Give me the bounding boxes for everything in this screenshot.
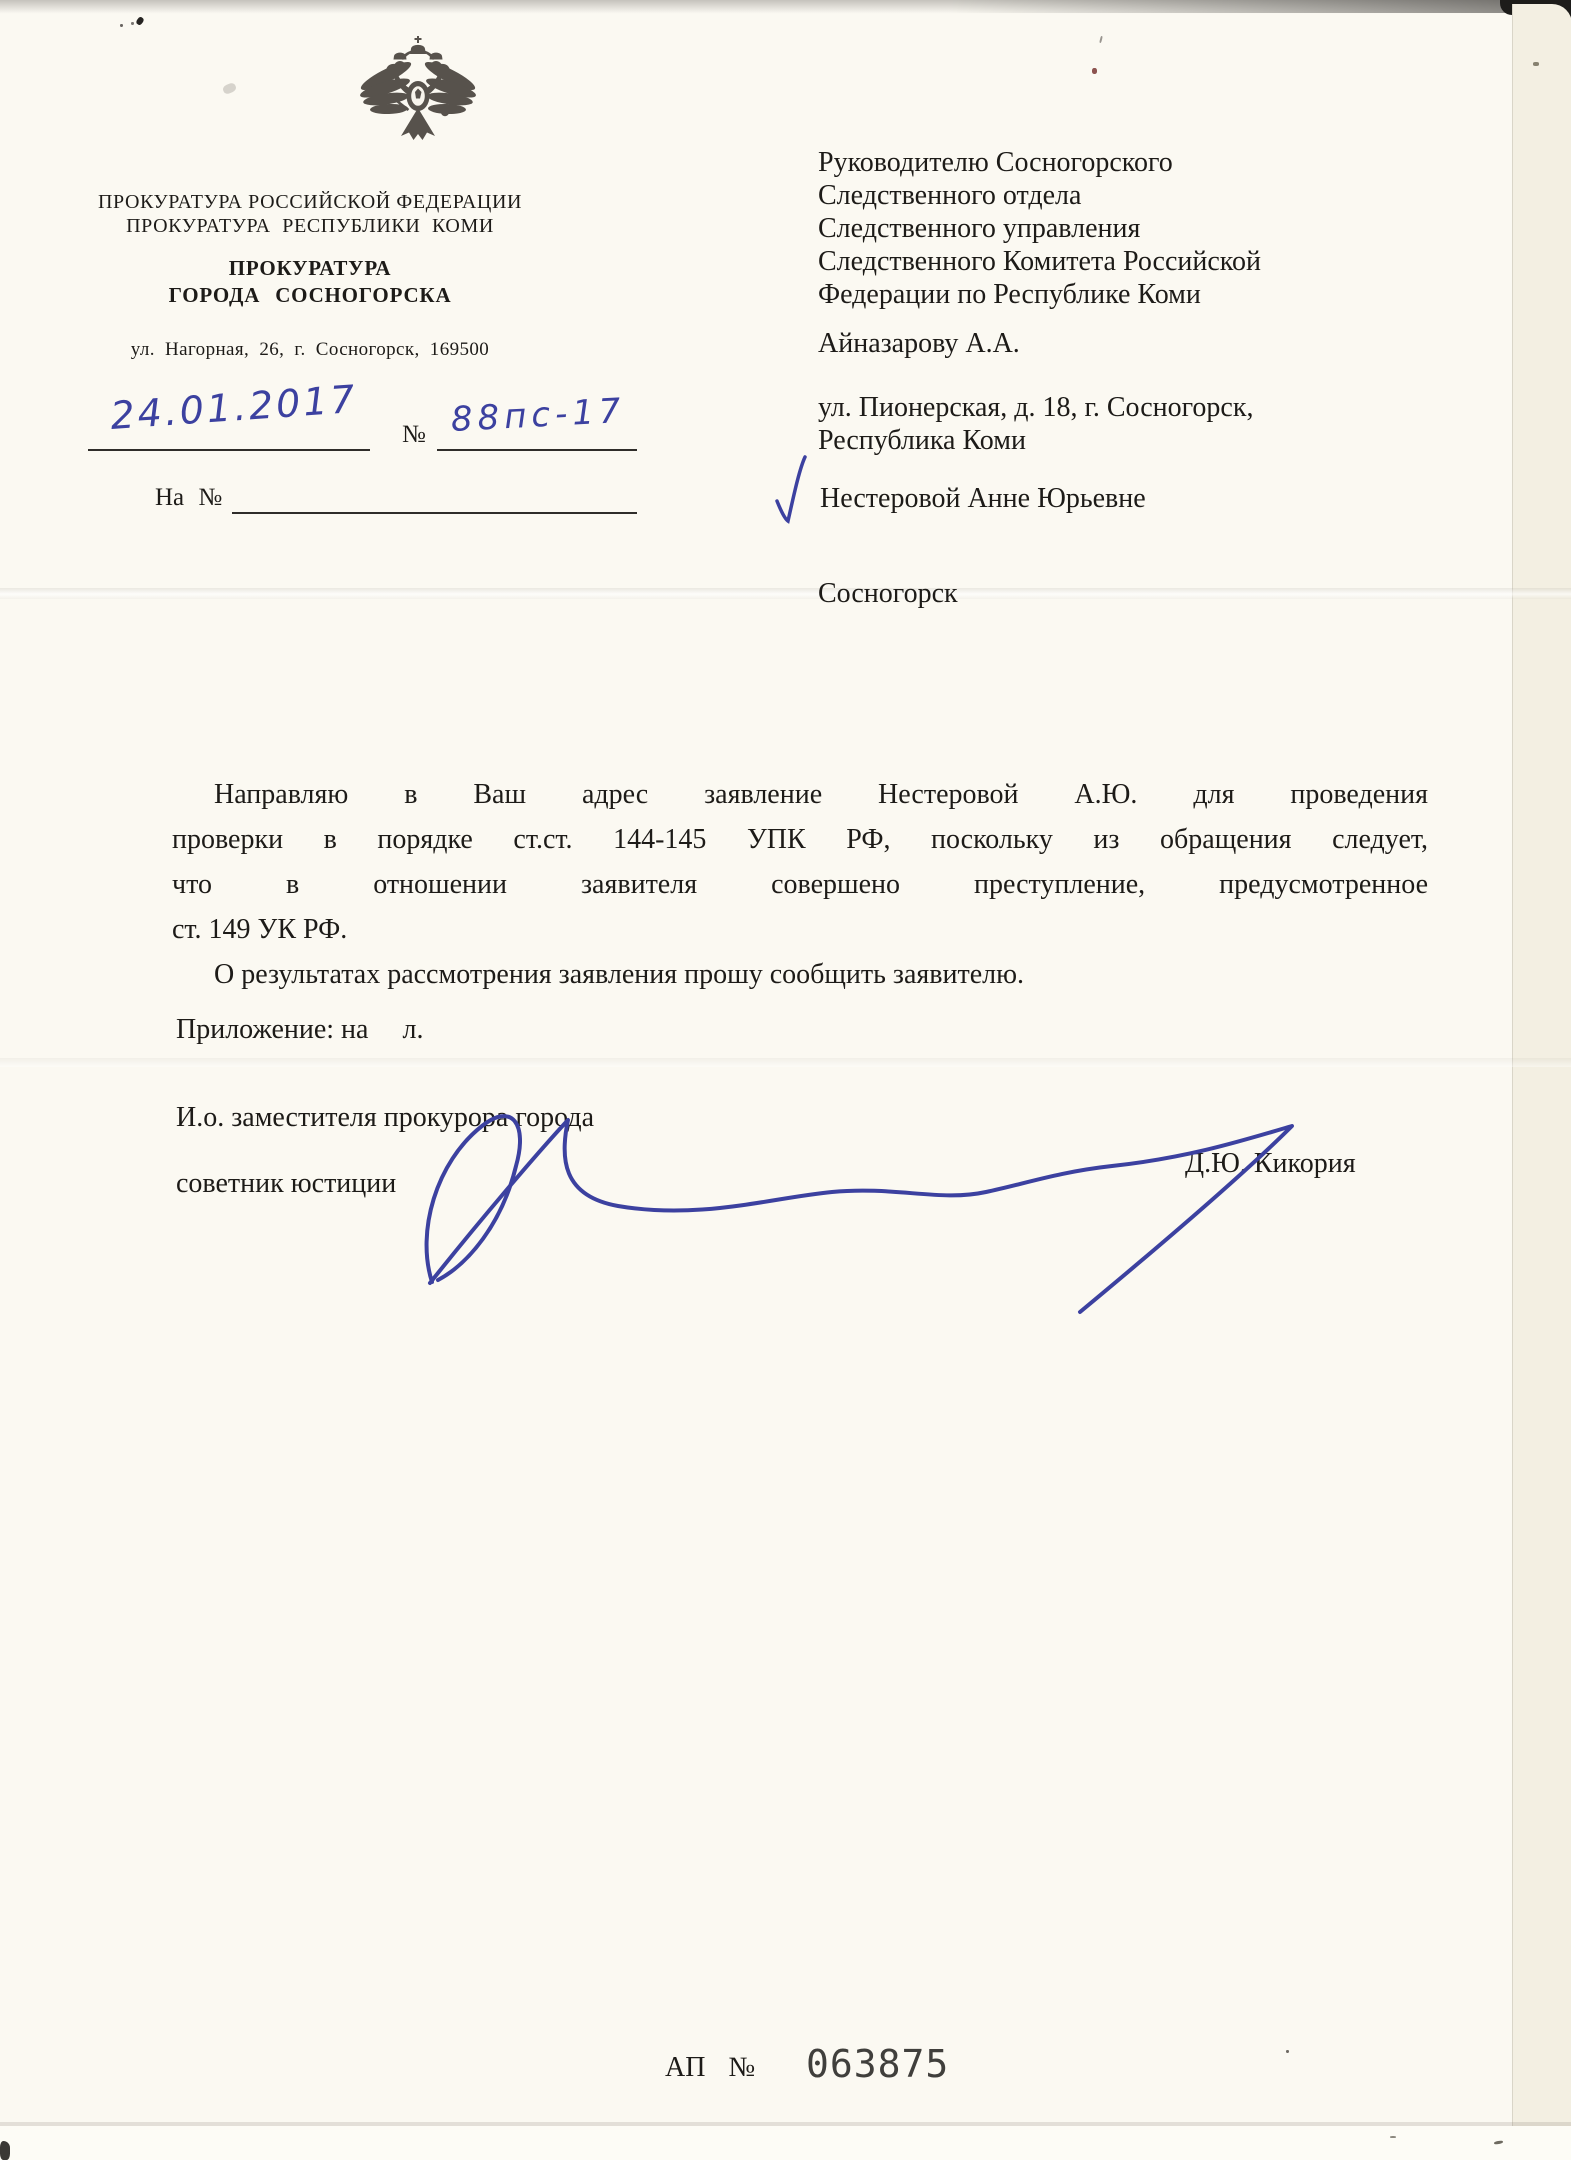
dust-speck — [1390, 2136, 1396, 2138]
attachment-suffix: л. — [402, 1014, 423, 1045]
red-speck — [1092, 68, 1097, 74]
number-sign-label: № — [402, 421, 426, 449]
number-underline — [437, 449, 637, 451]
reply-to-label: На № — [155, 484, 222, 512]
dust-speck — [1286, 2050, 1289, 2053]
scan-top-edge-shadow-right — [950, 0, 1571, 13]
ink-speck — [131, 22, 134, 25]
body-line: проверки в порядке ст.ст. 144-145 УПК РФ… — [172, 817, 1428, 862]
office-name-line2: ГОРОДА СОСНОГОРСКА — [60, 282, 560, 309]
paper-crease-upper — [0, 588, 1571, 599]
body-paragraph-2: О результатах рассмотрения заявления про… — [172, 952, 1428, 997]
handwritten-date: 24.01.2017 — [109, 377, 359, 438]
org-name-line2: ПРОКУРАТУРА РЕСПУБЛИКИ КОМИ — [60, 214, 560, 238]
paper-crease-middle — [0, 1058, 1571, 1067]
addressee-name: Айназарову А.А. — [818, 328, 1020, 360]
addressee-org-line: Следственного отдела — [818, 179, 1081, 212]
dust-speck — [1533, 62, 1539, 66]
paper-bottom-strip — [0, 2126, 1571, 2160]
body-line: ст. 149 УК РФ. — [172, 907, 1428, 952]
addressee-city: Сосногорск — [818, 578, 958, 610]
attachment-label: Приложение: на — [176, 1014, 368, 1045]
addressee-street: ул. Пионерская, д. 18, г. Сосногорск, — [818, 391, 1253, 425]
form-series-label: АП № — [665, 2052, 755, 2084]
addressee-org-line: Следственного Комитета Российской — [818, 245, 1261, 278]
corner-shadow — [0, 2141, 10, 2160]
check-mark-icon — [772, 453, 814, 531]
addressee-org-line: Следственного управления — [818, 212, 1140, 245]
ink-speck — [135, 16, 145, 26]
reply-underline — [232, 512, 637, 514]
handwritten-outgoing-number: 88пс-17 — [450, 391, 627, 440]
second-addressee-name: Нестеровой Анне Юрьевне — [820, 483, 1146, 515]
letter-body: Направляю в Ваш адрес заявление Нестеров… — [172, 772, 1428, 997]
date-underline — [88, 449, 370, 451]
attachment-line: Приложение: нал. — [176, 1014, 423, 1046]
addressee-org-line: Руководителю Сосногорского — [818, 146, 1173, 179]
signature-ink — [390, 1085, 1390, 1335]
signer-position-line2: советник юстиции — [176, 1168, 396, 1200]
smudge — [222, 82, 238, 96]
underlying-sheet-edge — [1512, 4, 1571, 2160]
body-line: Направляю в Ваш адрес заявление Нестеров… — [172, 772, 1428, 817]
addressee-region: Республика Коми — [818, 425, 1026, 457]
scratch-mark — [1099, 36, 1103, 43]
form-number: 063875 — [806, 2042, 949, 2086]
scanned-letter-page: ПРОКУРАТУРА РОССИЙСКОЙ ФЕДЕРАЦИИ ПРОКУРА… — [0, 0, 1571, 2160]
org-name-line1: ПРОКУРАТУРА РОССИЙСКОЙ ФЕДЕРАЦИИ — [60, 190, 560, 214]
office-name-line1: ПРОКУРАТУРА — [60, 255, 560, 282]
office-address: ул. Нагорная, 26, г. Сосногорск, 169500 — [60, 339, 560, 361]
coat-of-arms-emblem — [356, 36, 480, 168]
body-line: что в отношении заявителя совершено прес… — [172, 862, 1428, 907]
ink-speck — [120, 24, 123, 27]
letterhead: ПРОКУРАТУРА РОССИЙСКОЙ ФЕДЕРАЦИИ ПРОКУРА… — [60, 190, 560, 361]
addressee-org-line: Федерации по Республике Коми — [818, 278, 1201, 311]
